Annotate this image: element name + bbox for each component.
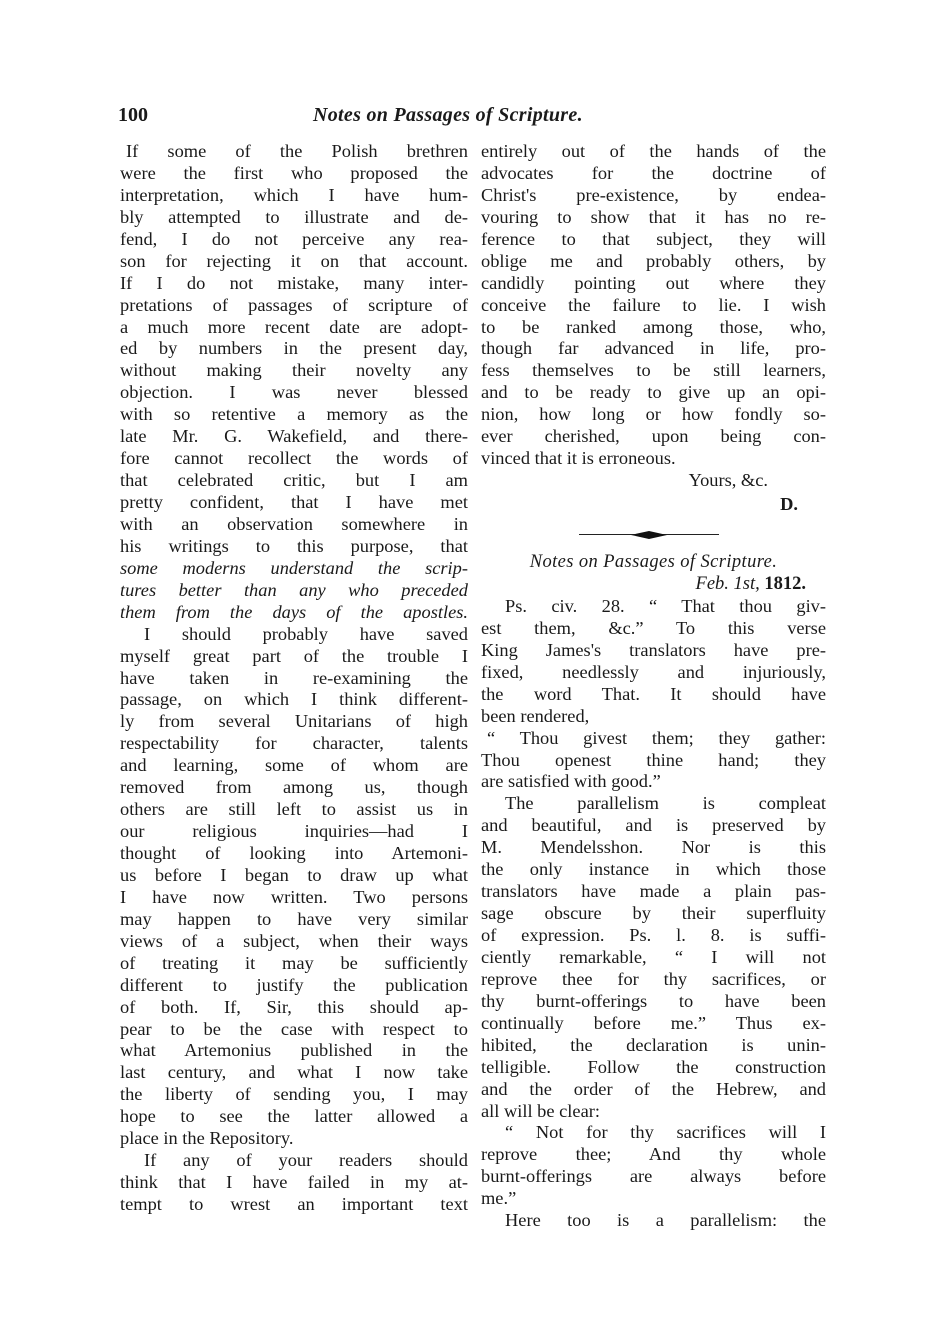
text-line: last century, and what I now take (120, 1062, 468, 1084)
text-line: vouring to show that it has no re- (481, 207, 826, 229)
text-line: with so retentive a memory as the (120, 404, 468, 426)
section-date: Feb. 1st, 1812. (481, 574, 826, 596)
text-line: the word That. It should have (481, 684, 826, 706)
text-line: If I do not mistake, many inter- (120, 273, 468, 295)
text-line: fend, I do not perceive any rea- (120, 229, 468, 251)
text-line: and beautiful, and is preserved by (481, 815, 826, 837)
text-line: I should probably have saved (120, 624, 468, 646)
text-line: others are still left to assist us in (120, 799, 468, 821)
text-line: entirely out of the hands of the (481, 141, 826, 163)
text-line: vinced that it is erroneous. (481, 448, 826, 470)
text-line: passage, on which I think different- (120, 689, 468, 711)
text-line: interpretation, which I have hum- (120, 185, 468, 207)
text-line: different to justify the publication (120, 975, 468, 997)
text-line: ed by numbers in the present day, (120, 338, 468, 360)
italic-quote-line: tures better than any who preceded (120, 580, 468, 602)
right-column: entirely out of the hands of the advocat… (481, 141, 826, 1232)
text-line: pretty confident, that I have met (120, 492, 468, 514)
text-line: pear to be the case with respect to (120, 1019, 468, 1041)
text-line: If any of your readers should (120, 1150, 468, 1172)
text-line: continually before me.” Thus ex- (481, 1013, 826, 1035)
text-line: our religious inquiries—had I (120, 821, 468, 843)
text-line: have taken in re-examining the (120, 668, 468, 690)
text-line: that celebrated critic, but I am (120, 470, 468, 492)
text-line: King James's translators have pre- (481, 640, 826, 662)
text-line: and to be ready to give up an opi- (481, 382, 826, 404)
text-line: a much more recent date are adopt- (120, 317, 468, 339)
text-line: reprove thee for thy sacrifices, or (481, 969, 826, 991)
text-line: may happen to have very similar (120, 909, 468, 931)
text-line: advocates for the doctrine of (481, 163, 826, 185)
text-line: all will be clear: (481, 1101, 826, 1123)
text-line: fixed, needlessly and injuriously, (481, 662, 826, 684)
text-line: the only instance in which those (481, 859, 826, 881)
text-line: M. Mendelsshon. Nor is this (481, 837, 826, 859)
text-line: without making their novelty any (120, 360, 468, 382)
quote-line: me.” (481, 1188, 826, 1210)
divider-diamond-icon (631, 531, 667, 539)
text-line: thought of looking into Artemoni- (120, 843, 468, 865)
text-line: were the first who proposed the (120, 163, 468, 185)
text-line: hibited, the declaration is unin- (481, 1035, 826, 1057)
text-line: Christ's pre-existence, by endea- (481, 185, 826, 207)
text-line: est them, &c.” To this verse (481, 618, 826, 640)
section-divider-ornament (481, 524, 826, 548)
text-line: translators have made a plain pas- (481, 881, 826, 903)
text-line: I have now written. Two persons (120, 887, 468, 909)
quote-line: “ Not for thy sacrifices will I (481, 1122, 826, 1144)
text-line: late Mr. G. Wakefield, and there- (120, 426, 468, 448)
text-line: and learning, some of whom are (120, 755, 468, 777)
text-line: to be ranked among those, who, (481, 317, 826, 339)
quote-line: reprove thee; And thy whole (481, 1144, 826, 1166)
italic-quote-line: them from the days of the apostles. (120, 602, 468, 624)
text-line: telligible. Follow the construction (481, 1057, 826, 1079)
section-date-year: 1812. (764, 574, 806, 594)
text-line: oblige me and probably others, by (481, 251, 826, 273)
text-line: with an observation somewhere in (120, 514, 468, 536)
text-line: views of a subject, when their ways (120, 931, 468, 953)
text-line: fess themselves to be still learners, (481, 360, 826, 382)
text-line: nion, how long or how fondly so- (481, 404, 826, 426)
page-number: 100 (118, 104, 148, 127)
text-line: what Artemonius published in the (120, 1040, 468, 1062)
text-line: ly from several Unitarians of high (120, 711, 468, 733)
left-column: If some of the Polish brethren were the … (120, 141, 468, 1216)
text-line: ever cherished, upon being con- (481, 426, 826, 448)
quote-line: Thou openest thine hand; they (481, 750, 826, 772)
signature-closing: Yours, &c. (481, 470, 826, 492)
text-line: his writings to this purpose, that (120, 536, 468, 558)
italic-quote-line: some moderns understand the scrip- (120, 558, 468, 580)
text-line: candidly pointing out where they (481, 273, 826, 295)
signature-initial: D. (481, 494, 826, 516)
text-line: sage obscure by their superfluity (481, 903, 826, 925)
text-line: place in the Repository. (120, 1128, 468, 1150)
text-line: though far advanced in life, pro- (481, 338, 826, 360)
text-line: thy burnt-offerings to have been (481, 991, 826, 1013)
text-line: of both. If, Sir, this should ap- (120, 997, 468, 1019)
text-line: and the order of the Hebrew, and (481, 1079, 826, 1101)
text-line: the liberty of sending you, I may (120, 1084, 468, 1106)
text-line: conceive the failure to lie. I wish (481, 295, 826, 317)
text-line: been rendered, (481, 706, 826, 728)
text-line: us before I began to draw up what (120, 865, 468, 887)
text-line: tempt to wrest an important text (120, 1194, 468, 1216)
quote-line: burnt-offerings are always before (481, 1166, 826, 1188)
section-date-day: Feb. 1st, (696, 574, 760, 594)
text-line: objection. I was never blessed (120, 382, 468, 404)
text-line: Here too is a parallelism: the (481, 1210, 826, 1232)
text-line: ference to that subject, they will (481, 229, 826, 251)
quote-line: are satisfied with good.” (481, 771, 826, 793)
text-line: The parallelism is compleat (481, 793, 826, 815)
text-line: myself great part of the trouble I (120, 646, 468, 668)
text-line: respectability for character, talents (120, 733, 468, 755)
text-line: think that I have failed in my at- (120, 1172, 468, 1194)
text-line: of expression. Ps. l. 8. is suffi- (481, 925, 826, 947)
text-line: fore cannot recollect the words of (120, 448, 468, 470)
quote-line: “ Thou givest them; they gather: (481, 728, 826, 750)
text-line: hope to see the latter allowed a (120, 1106, 468, 1128)
text-line: If some of the Polish brethren (120, 141, 468, 163)
text-line: of treating it may be sufficiently (120, 953, 468, 975)
section-title: Notes on Passages of Scripture. (481, 552, 826, 574)
text-line: Ps. civ. 28. “ That thou giv- (481, 596, 826, 618)
page-header: 100 Notes on Passages of Scripture. (118, 104, 828, 134)
book-page: 100 Notes on Passages of Scripture. If s… (0, 0, 943, 1332)
running-title: Notes on Passages of Scripture. (313, 104, 583, 127)
text-line: son for rejecting it on that account. (120, 251, 468, 273)
text-line: removed from among us, though (120, 777, 468, 799)
text-line: ciently remarkable, “ I will not (481, 947, 826, 969)
text-line: pretations of passages of scripture of (120, 295, 468, 317)
text-line: bly attempted to illustrate and de- (120, 207, 468, 229)
